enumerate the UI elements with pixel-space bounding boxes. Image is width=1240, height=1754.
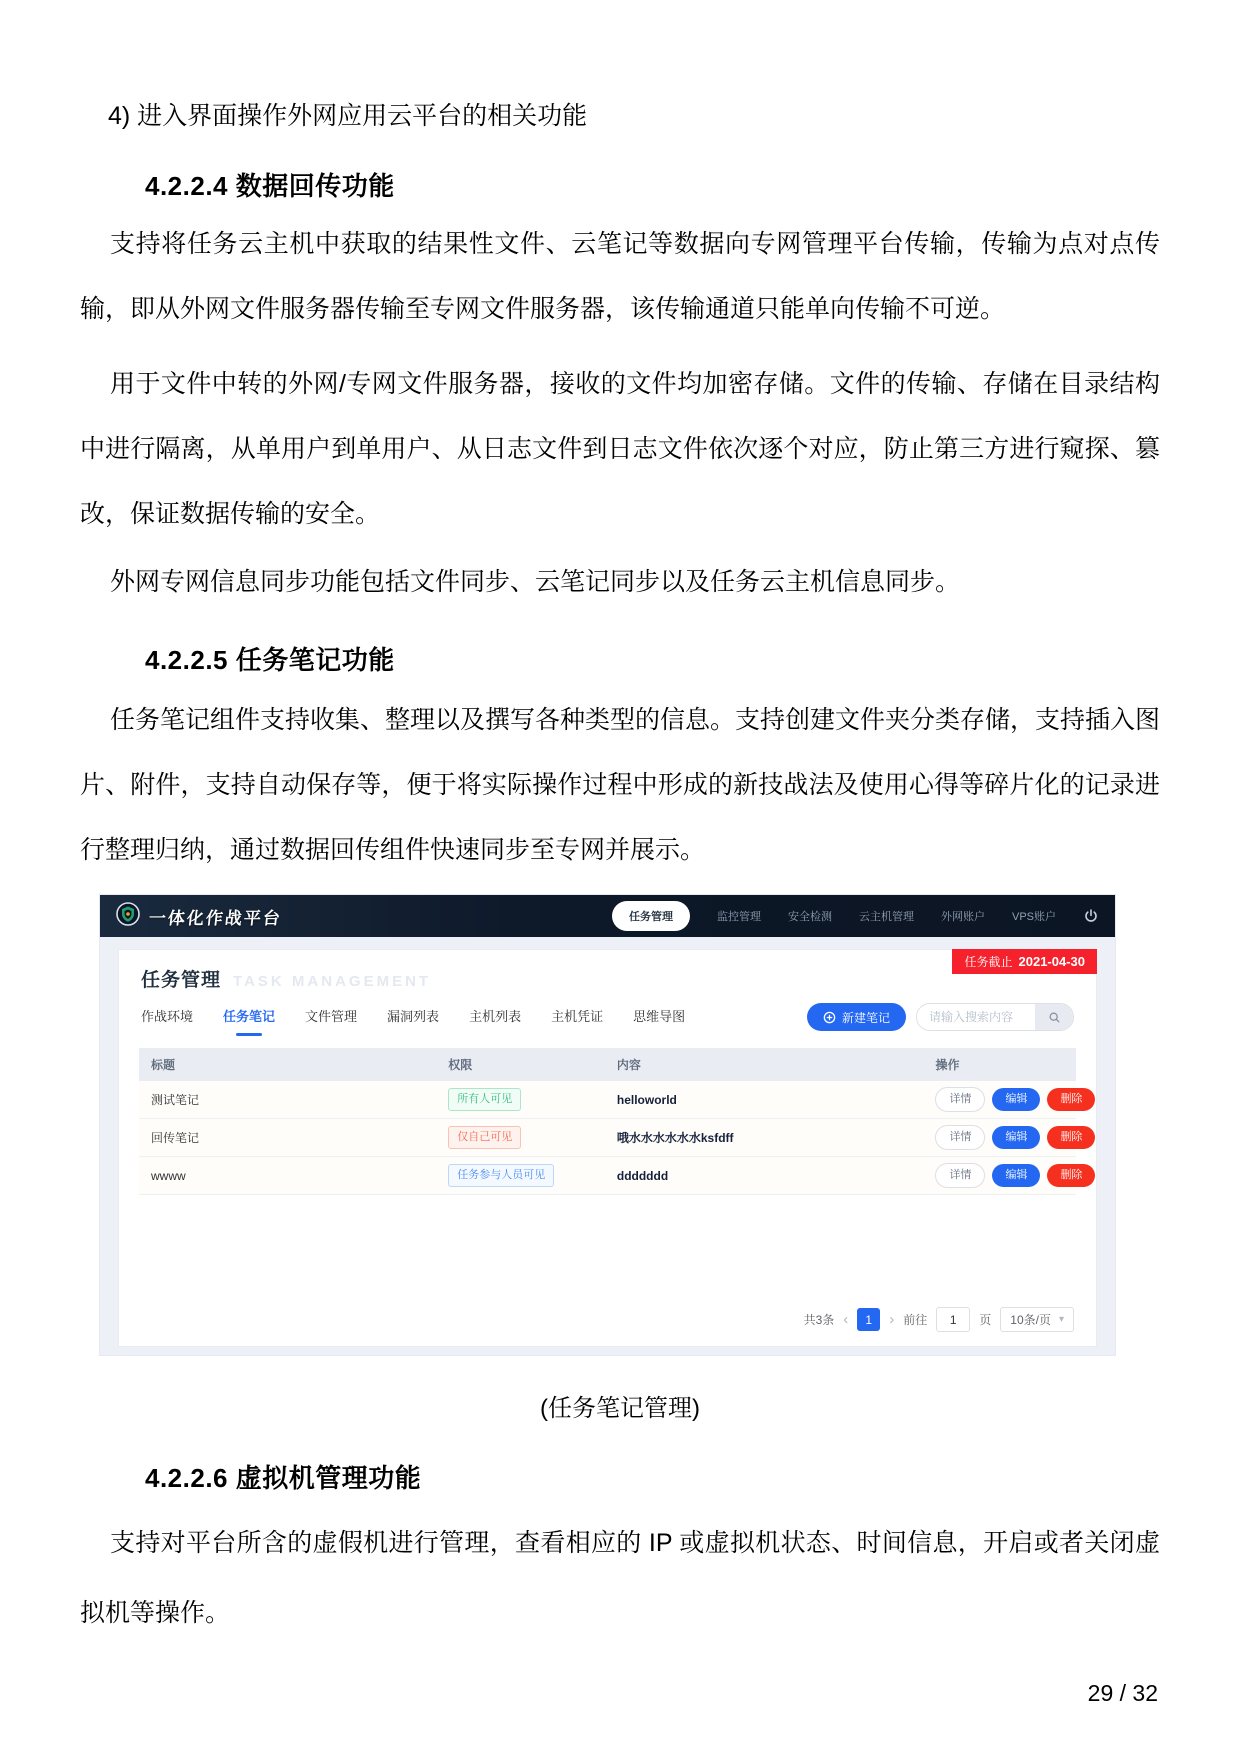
prev-page-arrow-icon[interactable]: ‹ [843,1312,848,1327]
tab-vulnerability-list[interactable]: 漏洞列表 [387,1006,439,1036]
goto-label: 前往 [903,1311,927,1328]
note-title: 测试笔记 [139,1091,448,1108]
note-title: 回传笔记 [139,1129,448,1146]
search-button[interactable] [1035,1004,1073,1030]
note-title: wwww [139,1169,448,1183]
app-brand-name: 一体化作战平台 [148,904,284,929]
page-unit-label: 页 [979,1311,991,1328]
power-icon[interactable] [1083,908,1099,924]
delete-button[interactable]: 删除 [1047,1126,1095,1149]
detail-button[interactable]: 详情 [935,1125,985,1150]
nav-item-extranet-account[interactable]: 外网账户 [941,908,985,924]
table-row: 测试笔记 所有人可见 helloworld 详情 编辑 删除 [139,1081,1076,1119]
page-size-select[interactable]: 10条/页 ▾ [1000,1307,1074,1332]
nav-item-task-management[interactable]: 任务管理 [612,901,690,931]
goto-page-input[interactable] [936,1307,970,1332]
tab-host-list[interactable]: 主机列表 [469,1006,521,1036]
app-navbar: 一体化作战平台 任务管理 监控管理 安全检测 云主机管理 外网账户 VPS账户 [100,895,1115,937]
column-header-content: 内容 [617,1056,936,1073]
app-nav-menu: 任务管理 监控管理 安全检测 云主机管理 外网账户 VPS账户 [612,901,1099,931]
edit-button[interactable]: 编辑 [992,1126,1040,1149]
document-page: 4) 进入界面操作外网应用云平台的相关功能 4.2.2.4 数据回传功能 支持将… [0,0,1240,1754]
paragraph-task-note: 任务笔记组件支持收集、整理以及撰写各种类型的信息。支持创建文件夹分类存储，支持插… [80,688,1160,883]
chevron-down-icon: ▾ [1059,1314,1064,1325]
table-row: wwww 任务参与人员可见 ddddddd 详情 编辑 删除 [139,1157,1076,1195]
row-actions: 详情 编辑 删除 [935,1087,1076,1112]
nav-item-vps-account[interactable]: VPS账户 [1012,908,1056,924]
row-actions: 详情 编辑 删除 [935,1125,1076,1150]
app-brand[interactable]: 一体化作战平台 [116,902,282,931]
next-page-arrow-icon[interactable]: › [889,1312,894,1327]
page-size-value: 10条/页 [1010,1311,1051,1328]
doc-list-item-4: 4) 进入界面操作外网应用云平台的相关功能 [108,96,587,132]
deadline-date: 2021-04-30 [1019,954,1086,969]
toolbar-controls: 新建笔记 [807,1003,1074,1031]
detail-button[interactable]: 详情 [935,1087,985,1112]
page-title-watermark: TASK MANAGEMENT [233,973,431,990]
figure-caption: (任务笔记管理) [0,1388,1240,1423]
tab-file-management[interactable]: 文件管理 [305,1006,357,1036]
tab-mind-map[interactable]: 思维导图 [633,1006,685,1036]
deadline-label: 任务截止 [964,953,1012,970]
paragraph-data-return-1: 支持将任务云主机中获取的结果性文件、云笔记等数据向专网管理平台传输，传输为点对点… [80,212,1160,342]
notes-table: 标题 权限 内容 操作 测试笔记 所有人可见 helloworld 详情 编辑 … [139,1048,1076,1195]
nav-item-cloud-host-management[interactable]: 云主机管理 [859,908,914,924]
deadline-badge: 任务截止 2021-04-30 [952,949,1097,974]
app-logo-icon [116,902,140,931]
page-number: 29 / 32 [1088,1680,1158,1707]
note-content: 哦水水水水水水ksfdff [617,1129,936,1146]
paragraph-data-return-3: 外网专网信息同步功能包括文件同步、云笔记同步以及任务云主机信息同步。 [80,550,1160,615]
nav-item-security-check[interactable]: 安全检测 [788,908,832,924]
nav-item-monitor-management[interactable]: 监控管理 [717,908,761,924]
plus-circle-icon [823,1011,836,1024]
permission-badge: 仅自己可见 [448,1126,521,1149]
task-management-panel: 任务截止 2021-04-30 任务管理 TASK MANAGEMENT 作战环… [118,949,1097,1347]
task-note-screenshot: 一体化作战平台 任务管理 监控管理 安全检测 云主机管理 外网账户 VPS账户 [100,895,1115,1355]
edit-button[interactable]: 编辑 [992,1088,1040,1111]
search-input[interactable] [917,1004,1035,1030]
column-header-title: 标题 [139,1056,448,1073]
paragraph-vm-management: 支持对平台所含的虚假机进行管理，查看相应的 IP 或虚拟机状态、时间信息，开启或… [80,1508,1160,1648]
detail-button[interactable]: 详情 [935,1163,985,1188]
permission-badge: 所有人可见 [448,1088,521,1111]
panel-title-row: 任务管理 TASK MANAGEMENT [119,950,1096,992]
new-note-button-label: 新建笔记 [842,1009,890,1026]
edit-button[interactable]: 编辑 [992,1164,1040,1187]
tab-combat-environment[interactable]: 作战环境 [141,1006,193,1036]
delete-button[interactable]: 删除 [1047,1088,1095,1111]
permission-badge: 任务参与人员可见 [448,1164,554,1187]
pagination: 共3条 ‹ 1 › 前往 页 10条/页 ▾ [804,1307,1074,1332]
tab-task-notes[interactable]: 任务笔记 [223,1006,275,1036]
row-actions: 详情 编辑 删除 [935,1163,1076,1188]
tab-host-credentials[interactable]: 主机凭证 [551,1006,603,1036]
column-header-permission: 权限 [448,1056,617,1073]
heading-4-2-2-5: 4.2.2.5 任务笔记功能 [145,640,395,677]
search-icon [1048,1011,1061,1024]
tabs-row: 作战环境 任务笔记 文件管理 漏洞列表 主机列表 主机凭证 思维导图 新建笔记 [119,992,1096,1036]
new-note-button[interactable]: 新建笔记 [807,1003,906,1031]
table-header-row: 标题 权限 内容 操作 [139,1048,1076,1081]
paragraph-data-return-2: 用于文件中转的外网/专网文件服务器，接收的文件均加密存储。文件的传输、存储在目录… [80,352,1160,547]
pagination-total: 共3条 [804,1311,835,1328]
current-page-button[interactable]: 1 [857,1308,880,1331]
heading-4-2-2-6: 4.2.2.6 虚拟机管理功能 [145,1458,421,1495]
heading-4-2-2-4: 4.2.2.4 数据回传功能 [145,166,395,203]
search-box [916,1003,1074,1031]
note-content: helloworld [617,1093,936,1107]
column-header-actions: 操作 [935,1056,1076,1073]
note-content: ddddddd [617,1169,936,1183]
page-title: 任务管理 [141,965,221,992]
delete-button[interactable]: 删除 [1047,1164,1095,1187]
table-row: 回传笔记 仅自己可见 哦水水水水水水ksfdff 详情 编辑 删除 [139,1119,1076,1157]
